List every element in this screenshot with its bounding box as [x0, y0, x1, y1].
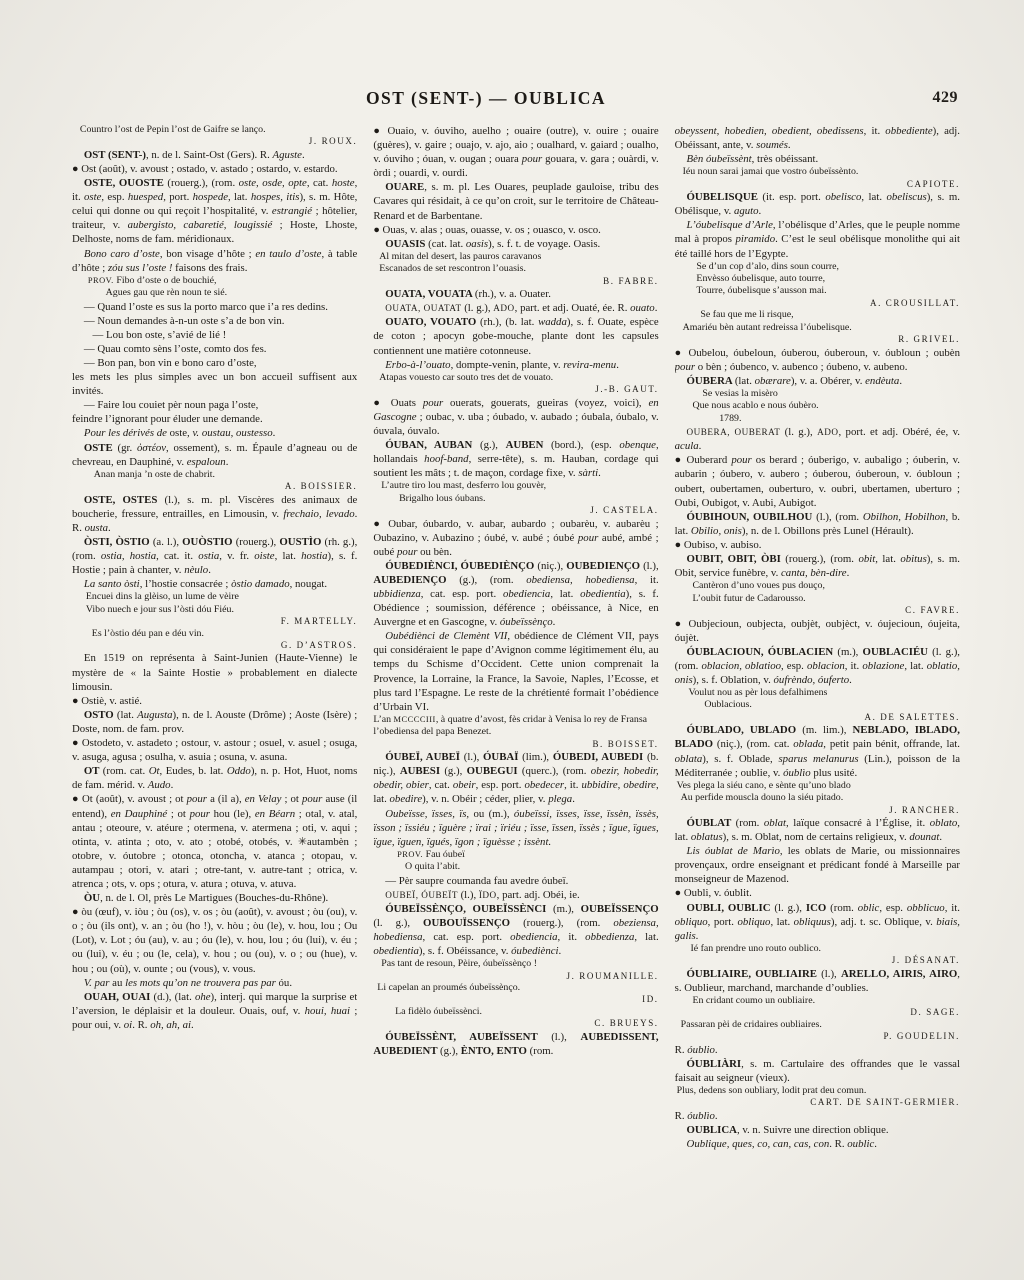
column-middle: ● Ouaio, v. óuviho, auelho ; ouaire (out… [373, 124, 658, 1258]
quote-line: Encuei dins la glèiso, un lume de vèire [72, 591, 357, 603]
citation: B. BOISSET. [373, 739, 658, 751]
entry-paragraph: Erbo-à-l’ouato, dompte-venin, plante, v.… [373, 358, 658, 372]
quote-line: O quita l’abit. [373, 861, 658, 873]
cross-reference-paragraph: ● Oubar, óubardo, v. aubar, aubardo ; ou… [373, 517, 658, 559]
quote-line: Agues gau que rèn noun te sié. [72, 287, 357, 299]
quote-line: Se fau que me li risque, [675, 309, 960, 321]
entry-paragraph: ÒSTI, ÒSTIO (a. l.), OUÒSTIO (rouerg.), … [72, 535, 357, 577]
cross-reference-paragraph: ● Ostodeto, v. astadeto ; ostour, v. ast… [72, 736, 357, 764]
quote-line: Ves plega la siéu cano, e sènte qu’uno b… [675, 780, 960, 792]
cross-reference-paragraph: ● Ouats pour ouerats, gouerats, gueiras … [373, 396, 658, 438]
cross-reference-paragraph: ● Oubjecioun, oubjecta, oubjèt, oubjèct,… [675, 617, 960, 645]
citation: J. ROUMANILLE. [373, 971, 658, 983]
cross-reference-paragraph: ● Ot (août), v. avoust ; ot pour a (il a… [72, 792, 357, 891]
proverb-line: — Pèr saupre coumanda fau avedre óubeï. [373, 874, 658, 888]
proverb-line: — Quau comto sèns l’oste, comto dos fes. [72, 342, 357, 356]
entry-paragraph: ÓUBLADO, UBLADO (m. lim.), NEBLADO, IBLA… [675, 723, 960, 779]
entry-paragraph: Lis óublat de Marìo, les oblats de Marie… [675, 844, 960, 886]
cross-reference-paragraph: ● Ostiè, v. astié. [72, 694, 357, 708]
citation: CART. DE SAINT-GERMIER. [675, 1097, 960, 1109]
continuation-paragraph: feindre l’ignorant pour éluder une deman… [72, 412, 357, 426]
proverb-line: — Bon pan, bon vin e bono caro d’oste, [72, 356, 357, 370]
quote-line: Passaran pèi de cridaires oubliaires. [675, 1019, 960, 1031]
quote-line: Que nous acablo e nous óubèro. [675, 400, 960, 412]
quote-line: Oublacious. [675, 699, 960, 711]
entry-paragraph: ÓUBLACIOUN, ÓUBLACIEN (m.), OUBLACIÉU (l… [675, 645, 960, 687]
quote-line: Envèsso óubelisque, auto tourre, [675, 273, 960, 285]
citation: C. BRUEYS. [373, 1018, 658, 1030]
proverb-line: — Noun demandes à-n-un oste s’a de bon v… [72, 314, 357, 328]
cross-reference-paragraph: ● Ost (août), v. avoust ; ostado, v. ast… [72, 162, 357, 176]
cross-reference-paragraph: ● Oubli, v. óublit. [675, 886, 960, 900]
cross-reference-paragraph: ● Oubiso, v. aubiso. [675, 538, 960, 552]
entry-paragraph: OUATA, OUATAT (l. g.), ADO, part. et adj… [373, 301, 658, 315]
quote-line: PROV. Fau óubeï [373, 849, 658, 861]
cross-reference-paragraph: ● Ouaio, v. óuviho, auelho ; ouaire (out… [373, 124, 658, 180]
entry-paragraph: OUBIT, OBIT, ÒBI (rouerg.), (rom. obit, … [675, 552, 960, 580]
citation: A. DE SALETTES. [675, 712, 960, 724]
cross-reference-paragraph: ● Ouberard pour os berard ; óuberigo, v.… [675, 453, 960, 509]
citation: A. CROUSILLAT. [675, 298, 960, 310]
cross-reference-paragraph: ● Ouas, v. alas ; ouas, ouasse, v. os ; … [373, 223, 658, 237]
quote-line: L’oubit futur de Cadarousso. [675, 593, 960, 605]
entry-paragraph: OUAH, OUAI (d.), (lat. ohe), interj. qui… [72, 990, 357, 1032]
entry-paragraph: OUBLICA, v. n. Suivre une direction obli… [675, 1123, 960, 1137]
citation: J. CASTELA. [373, 505, 658, 517]
entry-paragraph: ÓUBEÏSSÈNT, AUBEÏSSENT (l.), AUBEDISSENT… [373, 1030, 658, 1058]
citation: F. MARTELLY. [72, 616, 357, 628]
entry-paragraph: La santo òsti, l’hostie consacrée ; òsti… [72, 577, 357, 591]
quote-line: Anan manja ’n oste de chabrit. [72, 469, 357, 481]
entry-paragraph: OUBLI, OUBLIC (l. g.), ICO (rom. oblic, … [675, 901, 960, 943]
text-columns: Countro l’ost de Pepin l’ost de Gaifre s… [72, 124, 960, 1258]
entry-paragraph: Oubeïsse, ïsses, ïs, ou (m.), óubeïssi, … [373, 807, 658, 849]
entry-paragraph: En 1519 on représenta à Saint-Junien (Ha… [72, 651, 357, 693]
entry-paragraph: ÓUBIHOUN, OUBILHOU (l.), (rom. Obilhon, … [675, 510, 960, 538]
quote-line: Se vesias la misèro [675, 388, 960, 400]
entry-paragraph: OUARE, s. m. pl. Les Ouares, peuplade ga… [373, 180, 658, 222]
page-header: OST (SENT-) — OUBLICA 429 [72, 88, 960, 114]
quote-line: Atapas vouesto car souto tres det de vou… [373, 372, 658, 384]
entry-paragraph: V. par au les mots qu’on ne trouvera pas… [72, 976, 357, 990]
quote-line: Plus, dedens son oubliary, lodit prat de… [675, 1085, 960, 1097]
citation: ID. [373, 994, 658, 1006]
entry-paragraph: OT (rom. cat. Ot, Eudes, b. lat. Oddo), … [72, 764, 357, 792]
citation: CAPIOTE. [675, 179, 960, 191]
citation: B. FABRE. [373, 276, 658, 288]
continuation-paragraph: obeyssent, hobedien, obedient, obedissen… [675, 124, 960, 152]
cross-reference-paragraph: ● Oubelou, óubeloun, óuberou, óuberoun, … [675, 346, 960, 374]
citation: C. FAVRE. [675, 605, 960, 617]
quote-line: Es l’òstio déu pan e déu vin. [72, 628, 357, 640]
quote-line: PROV. Fibo d’oste o de bouchié, [72, 275, 357, 287]
dictionary-page: OST (SENT-) — OUBLICA 429 Countro l’ost … [0, 0, 1024, 1280]
entry-paragraph: ÓUBEÏ, AUBEÏ (l.), ÓUBAÏ (lim.), ÓUBEDI,… [373, 750, 658, 806]
quote-line: L’autre tiro lou mast, desferro lou gouv… [373, 480, 658, 492]
entry-paragraph: Oublique, ques, co, can, cas, con. R. ou… [675, 1137, 960, 1151]
quote-line: Tourre, óubelisque s’ausson mai. [675, 285, 960, 297]
entry-paragraph: OUATO, VOUATO (rh.), (b. lat. wadda), s.… [373, 315, 658, 357]
entry-paragraph: OUATA, VOUATA (rh.), v. a. Ouater. [373, 287, 658, 301]
entry-paragraph: L’óubelisque d’Arle, l’obélisque d’Arles… [675, 218, 960, 260]
running-head: OST (SENT-) — OUBLICA [72, 88, 900, 109]
entry-paragraph: ÓUBERA (lat. obærare), v. a. Obérer, v. … [675, 374, 960, 388]
citation: J. ROUX. [72, 136, 357, 148]
quote-line: 1789. [675, 413, 960, 425]
quote-line: Voulut nou as pèr lous defalhimens [675, 687, 960, 699]
citation: P. GOUDELIN. [675, 1031, 960, 1043]
continuation-paragraph: R. óublìo. [675, 1109, 960, 1123]
citation: J. RANCHER. [675, 805, 960, 817]
quote-line: En cridant coumo un oubliaire. [675, 995, 960, 1007]
quote-line: Au perfide mouscla douno la siéu pitado. [675, 792, 960, 804]
quote-line: Ié fan prendre uno routo oublico. [675, 943, 960, 955]
quote-line: Vibo nuech e jour sus l’òsti dóu Fiéu. [72, 604, 357, 616]
continuation-paragraph: les mets les plus simples avec un bon ac… [72, 370, 357, 398]
entry-paragraph: OUBERA, OUBERAT (l. g.), ADO, port. et a… [675, 425, 960, 453]
citation: G. D’ASTROS. [72, 640, 357, 652]
proverb-line: — Lou bon oste, s’avié de lié ! [72, 328, 357, 342]
quote-line: Escanados de set rescontron l’ouasis. [373, 263, 658, 275]
entry-paragraph: OST (SENT-), n. de l. Saint-Ost (Gers). … [72, 148, 357, 162]
quote-line: Li capelan an proumés óubeïssènço. [373, 982, 658, 994]
entry-paragraph: ÓUBLAT (rom. oblat, laïque consacré à l’… [675, 816, 960, 844]
citation: J. DÉSANAT. [675, 955, 960, 967]
quote-line: Brigalho lous óubans. [373, 493, 658, 505]
entry-paragraph: ÓUBELISQUE (it. esp. port. obelisco, lat… [675, 190, 960, 218]
entry-paragraph: Pour les dérivés de oste, v. oustau, ous… [72, 426, 357, 440]
quote-line: Countro l’ost de Pepin l’ost de Gaifre s… [72, 124, 357, 136]
proverb-line: — Faire lou couiet pèr noun paga l’oste, [72, 398, 357, 412]
entry-paragraph: Bèn óubeïssènt, très obéissant. [675, 152, 960, 166]
entry-paragraph: ÒU, n. de l. Ol, près Le Martigues (Bouc… [72, 891, 357, 905]
page-number: 429 [933, 89, 959, 107]
entry-paragraph: ÓUBLIAIRE, OUBLIAIRE (l.), ARELLO, AIRIS… [675, 967, 960, 995]
quote-line: Al mitan del desert, las pauros caravano… [373, 251, 658, 263]
proverb-line: — Quand l’oste es sus la porto marco que… [72, 300, 357, 314]
citation: D. SAGE. [675, 1007, 960, 1019]
entry-paragraph: OSTE, OSTES (l.), s. m. pl. Viscères des… [72, 493, 357, 535]
entry-paragraph: ÓUBLIÀRI, s. m. Cartulaire des offrandes… [675, 1057, 960, 1085]
cross-reference-paragraph: ● òu (œuf), v. iòu ; òu (os), v. os ; òu… [72, 905, 357, 975]
entry-paragraph: OUBEÏ, ÓUBEÏT (l.), ÏDO, part. adj. Obéi… [373, 888, 658, 902]
continuation-paragraph: R. óublio. [675, 1043, 960, 1057]
quote-line: La fidèlo óubeïssènci. [373, 1006, 658, 1018]
citation: R. GRIVEL. [675, 334, 960, 346]
entry-paragraph: OSTO (lat. Augusta), n. de l. Aouste (Dr… [72, 708, 357, 736]
entry-paragraph: ÓUBEDIÈNCI, ÓUBEDIÈNÇO (niç.), OUBEDIENÇ… [373, 559, 658, 629]
entry-paragraph: OSTE (gr. ὀστέον, ossement), s. m. Épaul… [72, 441, 357, 469]
quote-line: Amariéu bèn autant redreissa l’óubelisqu… [675, 322, 960, 334]
entry-paragraph: Bono caro d’oste, bon visage d’hôte ; en… [72, 247, 357, 275]
quote-line: Pas tant de resoun, Pèire, óubeïssènço ! [373, 958, 658, 970]
column-left: Countro l’ost de Pepin l’ost de Gaifre s… [72, 124, 357, 1258]
quote-line: Se d’un cop d’alo, dins soun courre, [675, 261, 960, 273]
quote-line: Cantèron d’uno voues pus douço, [675, 580, 960, 592]
entry-paragraph: OUASIS (cat. lat. oasis), s. f. t. de vo… [373, 237, 658, 251]
entry-paragraph: Oubédiènci de Clemènt VII, obédience de … [373, 629, 658, 714]
entry-paragraph: ÓUBAN, AUBAN (g.), AUBEN (bord.), (esp. … [373, 438, 658, 480]
entry-paragraph: OSTE, OUOSTE (rouerg.), (rom. oste, osde… [72, 176, 357, 246]
citation: J.-B. GAUT. [373, 384, 658, 396]
quote-line: L’an MCCCCIII, à quatre d’avost, fès cri… [373, 714, 658, 739]
entry-paragraph: ÓUBEÏSSÈNÇO, OUBEÏSSÈNCI (m.), OUBEÏSSEN… [373, 902, 658, 958]
column-right: obeyssent, hobedien, obedient, obedissen… [675, 124, 960, 1258]
citation: A. BOISSIER. [72, 481, 357, 493]
quote-line: Iéu noun sarai jamai que vostro óubeïssè… [675, 166, 960, 178]
